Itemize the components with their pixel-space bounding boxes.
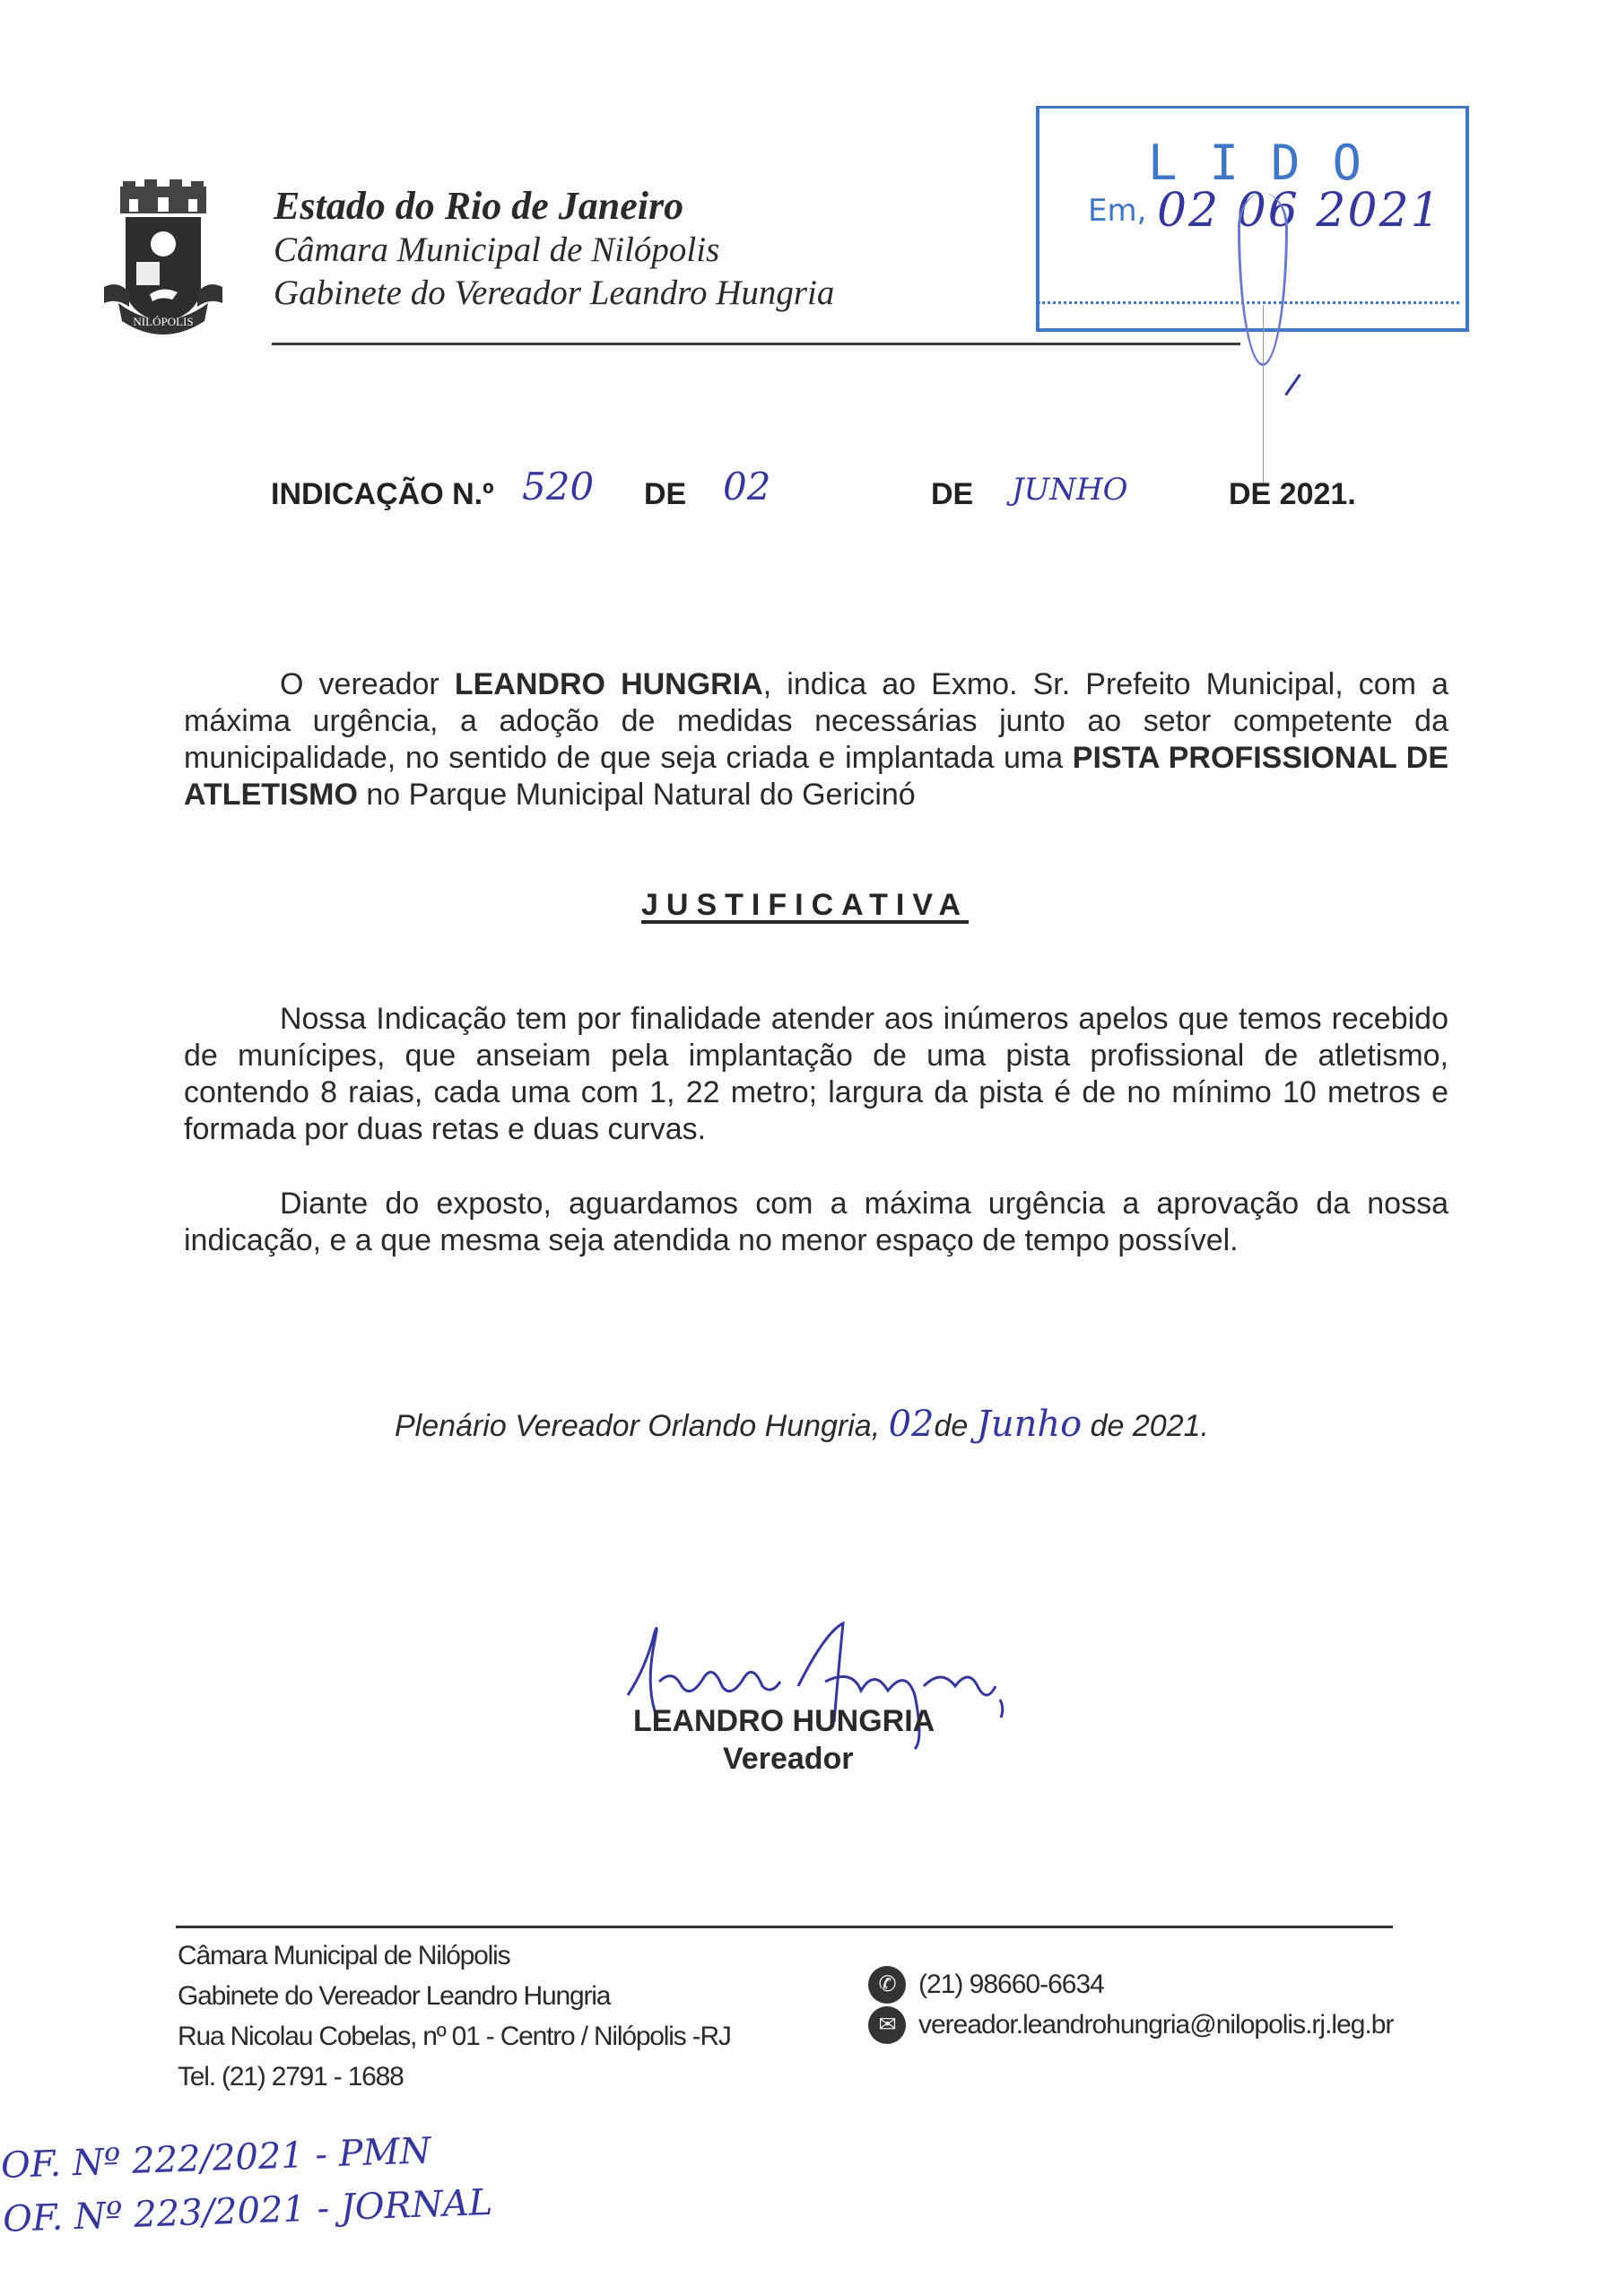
- place-and-date: Plenário Vereador Orlando Hungria, 02de …: [395, 1404, 1209, 1445]
- footer-address: Câmara Municipal de Nilópolis Gabinete d…: [178, 1935, 731, 2097]
- section-heading-justificativa: JUSTIFICATIVA: [641, 888, 969, 923]
- paragraph-justification: Nossa Indicação tem por finalidade atend…: [184, 1001, 1448, 1148]
- indicacao-number: 520: [522, 465, 594, 509]
- footer-email: vereador.leandrohungria@nilopolis.rj.leg…: [918, 2005, 1393, 2045]
- letterhead-office: Gabinete do Vereador Leandro Hungria: [274, 272, 834, 315]
- paragraph-conclusion: Diante do exposto, aguardamos com a máxi…: [184, 1186, 1448, 1259]
- indicacao-prefix: INDICAÇÃO N.º: [271, 477, 494, 512]
- indicacao-year: DE 2021.: [1229, 477, 1356, 512]
- letterhead-title: Estado do Rio de Janeiro: [274, 184, 834, 229]
- indicacao-month: JUNHO: [1012, 472, 1128, 508]
- stamp-em-label: Em,: [1088, 193, 1146, 229]
- letterhead: Estado do Rio de Janeiro Câmara Municipa…: [274, 184, 834, 315]
- pen-tick-mark: [1284, 374, 1301, 396]
- envelope-icon: ✉: [868, 2006, 906, 2044]
- paragraph-indication: O vereador LEANDRO HUNGRIA, indica ao Ex…: [184, 666, 1448, 813]
- footer-divider: [176, 1926, 1393, 1928]
- handwritten-day: 02: [889, 1404, 935, 1445]
- stamp-label: LIDO: [1148, 135, 1394, 191]
- footer-phone: (21) 98660-6634: [918, 1964, 1104, 2005]
- indicacao-de-1: DE: [644, 477, 686, 512]
- indicacao-de-2: DE: [931, 477, 973, 512]
- handwritten-month: Junho: [977, 1404, 1082, 1445]
- header-divider: [272, 343, 1240, 345]
- stamp-handwritten-date: 02 06 2021: [1157, 184, 1442, 238]
- councilman-name: LEANDRO HUNGRIA: [455, 667, 763, 701]
- signatory-name: LEANDRO HUNGRIA: [633, 1704, 935, 1739]
- svg-text:NILÓPOLIS: NILÓPOLIS: [133, 315, 193, 328]
- indicacao-day: 02: [723, 465, 770, 509]
- fold-line: [1263, 305, 1264, 484]
- letterhead-chamber: Câmara Municipal de Nilópolis: [274, 229, 834, 272]
- footer-contacts: ✆ (21) 98660-6634 ✉ vereador.leandrohung…: [868, 1964, 1393, 2045]
- handwritten-office-notes: OF. Nº 222/2021 - PMN OF. Nº 223/2021 - …: [0, 2122, 493, 2247]
- municipal-crest-logo: NILÓPOLIS: [100, 179, 226, 336]
- whatsapp-icon: ✆: [868, 1966, 906, 2004]
- signatory-role: Vereador: [723, 1742, 854, 1777]
